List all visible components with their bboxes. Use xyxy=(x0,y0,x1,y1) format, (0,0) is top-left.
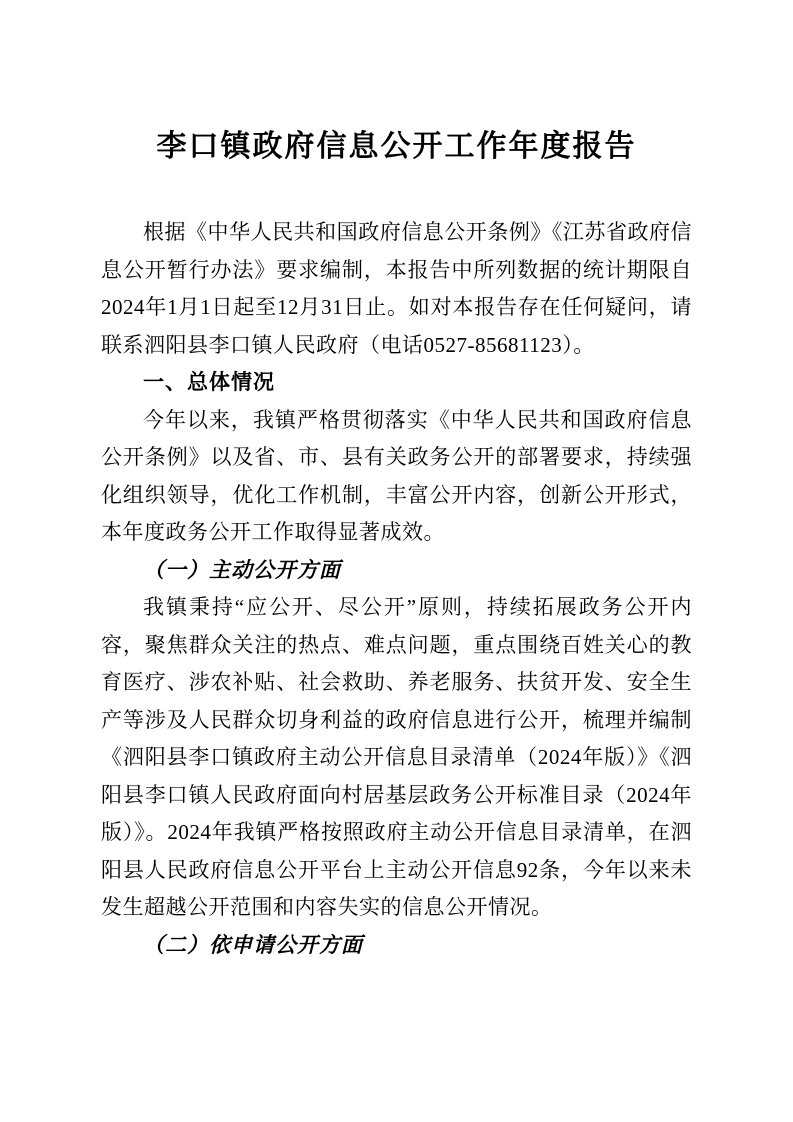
subsection-heading-disclosure-upon-request: （二）依申请公开方面 xyxy=(101,927,692,965)
document-page: 李口镇政府信息公开工作年度报告 根据《中华人民共和国政府信息公开条例》《江苏省政… xyxy=(0,0,793,1122)
section-heading-overall-situation: 一、总体情况 xyxy=(101,364,692,402)
paragraph-overall-situation: 今年以来，我镇严格贯彻落实《中华人民共和国政府信息公开条例》以及省、市、县有关政… xyxy=(101,402,692,552)
subsection-heading-proactive-disclosure: （一）主动公开方面 xyxy=(101,552,692,590)
paragraph-intro: 根据《中华人民共和国政府信息公开条例》《江苏省政府信息公开暂行办法》要求编制，本… xyxy=(101,214,692,364)
document-title: 李口镇政府信息公开工作年度报告 xyxy=(101,126,692,168)
paragraph-proactive-disclosure: 我镇秉持“应公开、尽公开”原则，持续拓展政务公开内容，聚焦群众关注的热点、难点问… xyxy=(101,589,692,927)
